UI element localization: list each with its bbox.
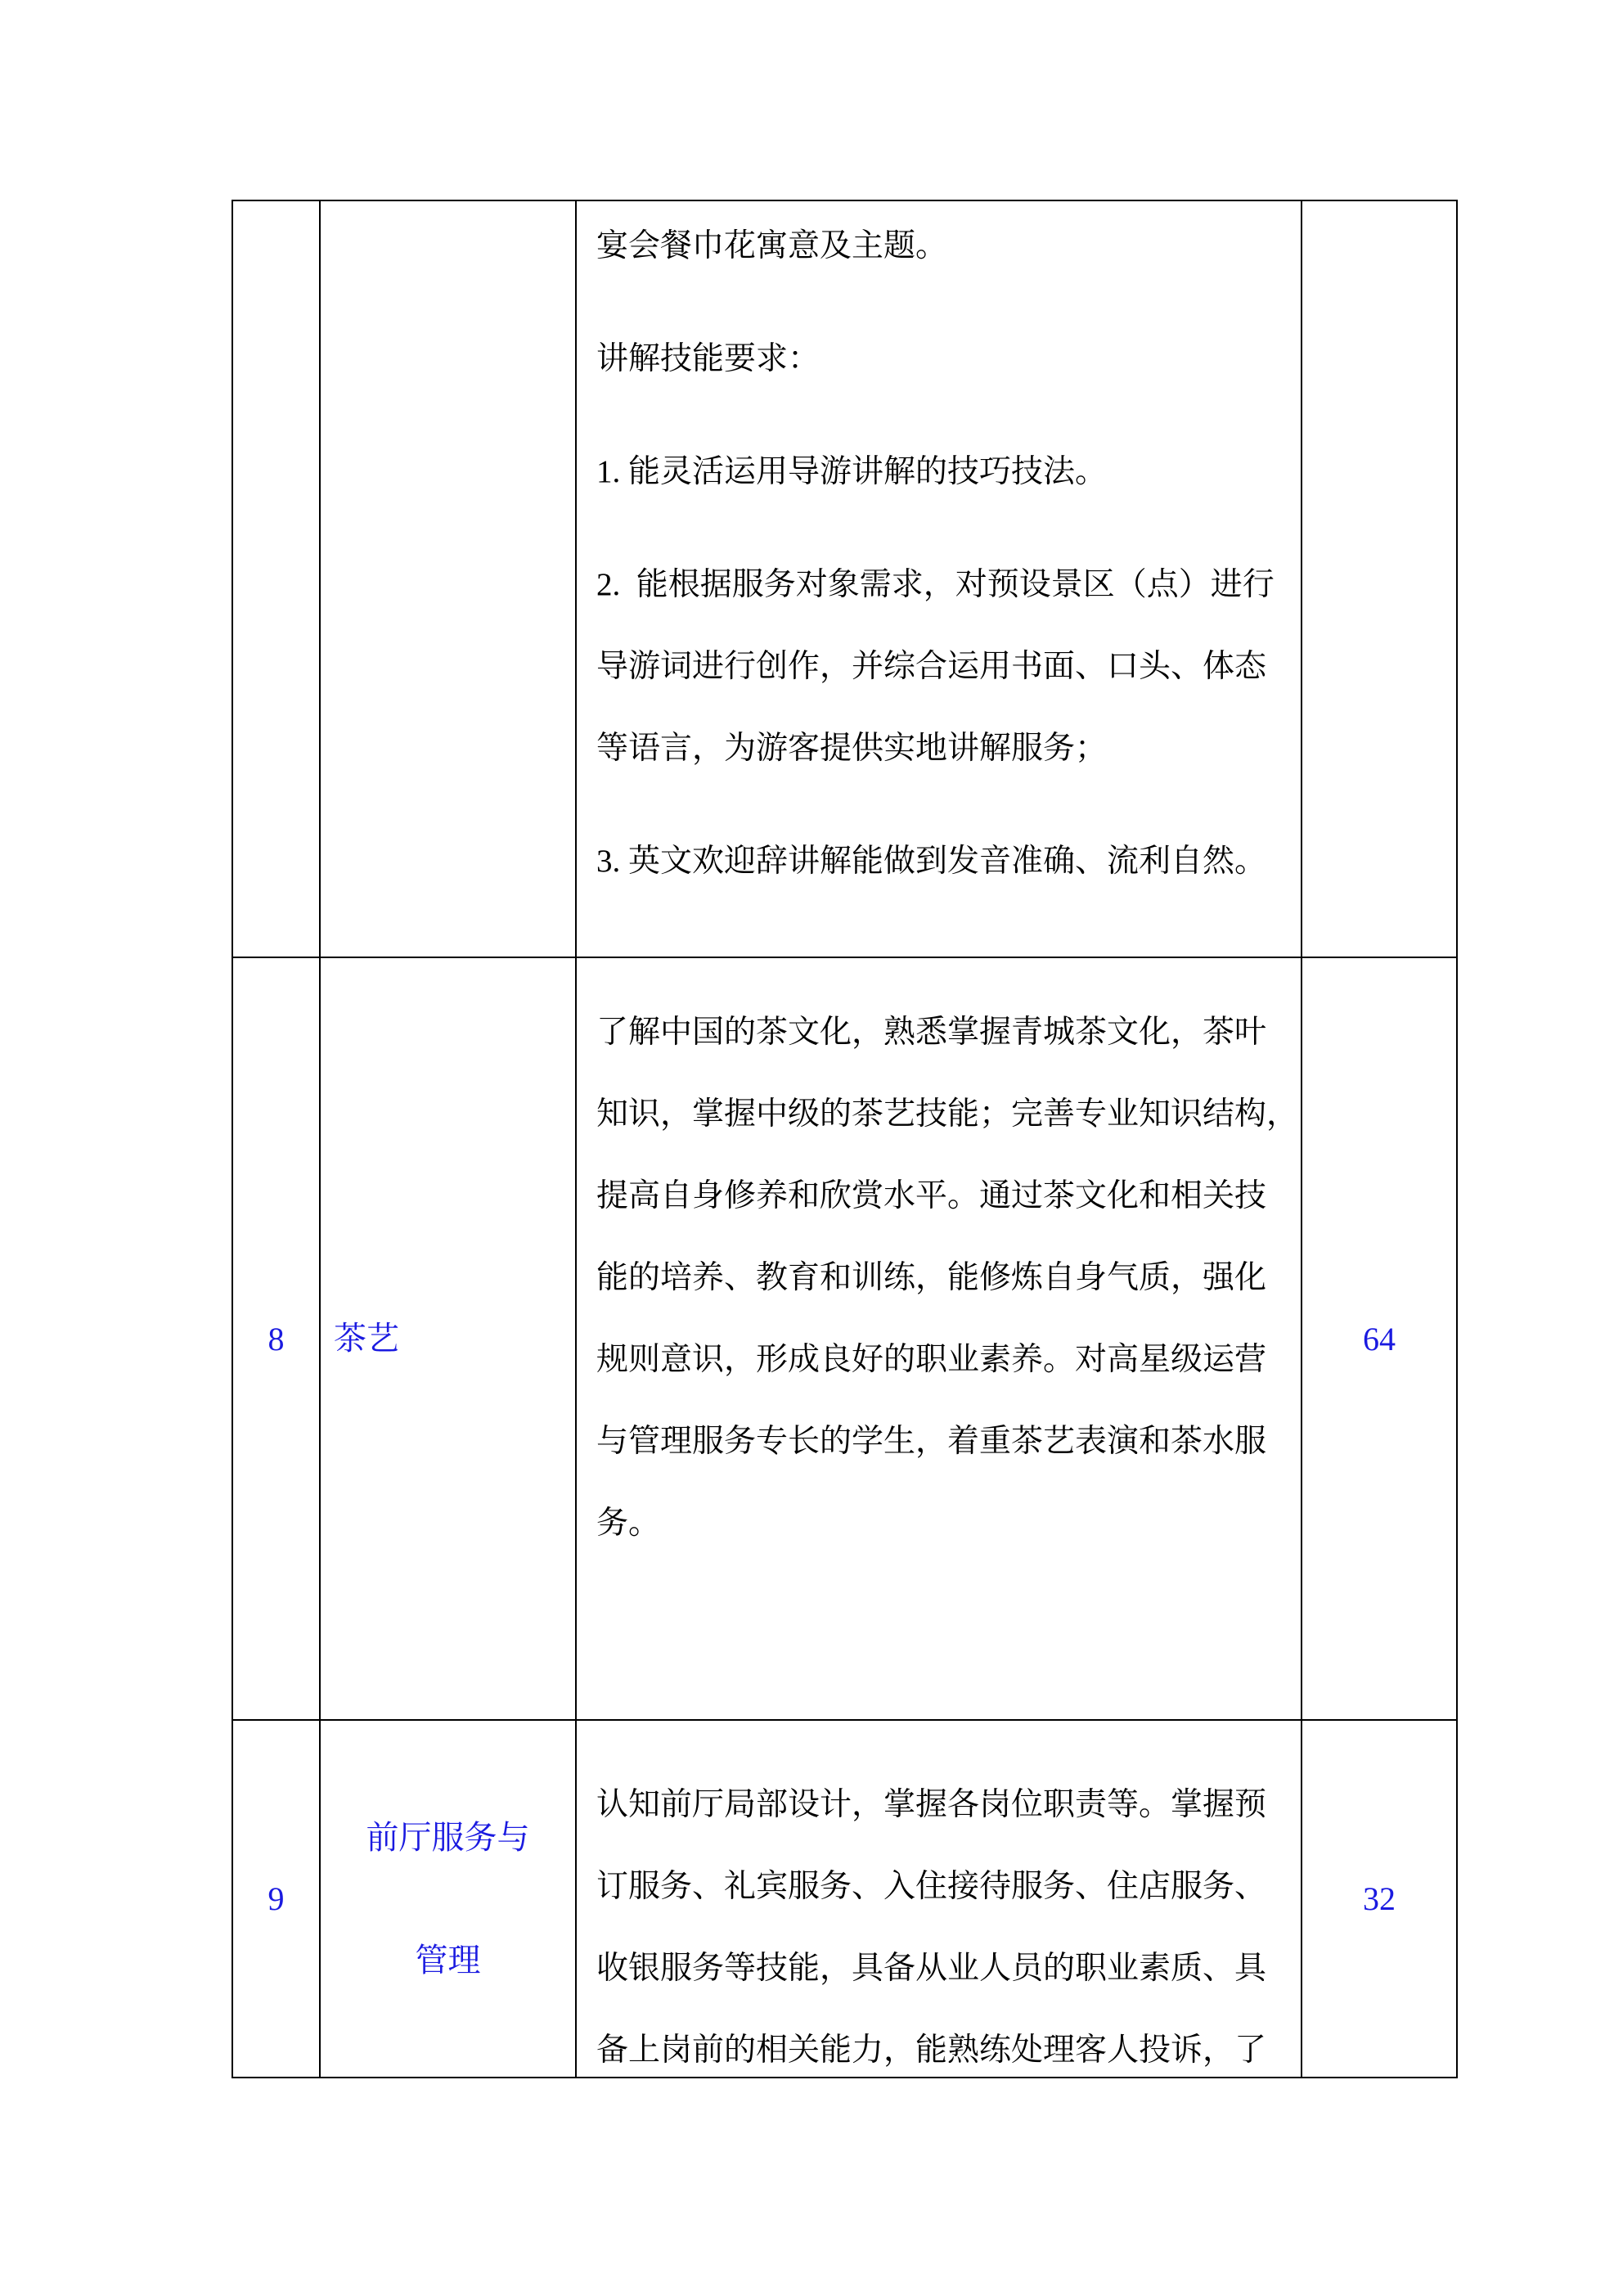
row-number-cell: [232, 200, 319, 957]
text-line: 能的培养、教育和训练，能修炼自身气质，强化: [596, 1237, 1291, 1319]
text-line: 提高自身修养和欣赏水平。通过茶文化和相关技: [596, 1155, 1291, 1237]
text-line: 讲解技能要求：: [596, 318, 1291, 400]
text-line: 备上岗前的相关能力，能熟练处理客人投诉，了: [596, 2010, 1291, 2078]
description-cell: 了解中国的茶文化，熟悉掌握青城茶文化，茶叶知识，掌握中级的茶艺技能；完善专业知识…: [575, 957, 1301, 1719]
text-line: 务。: [596, 1483, 1291, 1564]
row-number-cell: 9: [232, 1719, 319, 2078]
course-schedule-table: 宴会餐巾花寓意及主题。讲解技能要求：1. 能灵活运用导游讲解的技巧技法。2. 能…: [232, 200, 1458, 2078]
paragraph: 2. 能根据服务对象需求，对预设景区（点）进行导游词进行创作，并综合运用书面、口…: [596, 544, 1291, 790]
text-line: 3. 英文欢迎辞讲解能做到发音准确、流利自然。: [596, 821, 1291, 903]
description-cell: 认知前厅局部设计，掌握各岗位职责等。掌握预订服务、礼宾服务、入住接待服务、住店服…: [575, 1719, 1301, 2078]
paragraph: 宴会餐巾花寓意及主题。: [596, 205, 1291, 287]
paragraph: 认知前厅局部设计，掌握各岗位职责等。掌握预订服务、礼宾服务、入住接待服务、住店服…: [596, 1764, 1291, 2078]
hours-cell: [1301, 200, 1458, 957]
text-line: 订服务、礼宾服务、入住接待服务、住店服务、: [596, 1846, 1291, 1928]
document-page: 宴会餐巾花寓意及主题。讲解技能要求：1. 能灵活运用导游讲解的技巧技法。2. 能…: [0, 0, 1623, 2296]
text-line: 宴会餐巾花寓意及主题。: [596, 205, 1291, 287]
text-line: 前厅服务与: [366, 1776, 530, 1899]
paragraph: 讲解技能要求：: [596, 318, 1291, 400]
text-line: 规则意识，形成良好的职业素养。对高星级运营: [596, 1319, 1291, 1401]
text-line: 管理: [416, 1899, 481, 2022]
paragraph: 3. 英文欢迎辞讲解能做到发音准确、流利自然。: [596, 821, 1291, 903]
text-line: 2. 能根据服务对象需求，对预设景区（点）进行: [596, 544, 1291, 626]
row-number-cell: 8: [232, 957, 319, 1719]
text-line: 与管理服务专长的学生，着重茶艺表演和茶水服: [596, 1401, 1291, 1483]
text-line: 了解中国的茶文化，熟悉掌握青城茶文化，茶叶: [596, 992, 1291, 1074]
hours-cell: 64: [1301, 957, 1458, 1719]
text-line: 导游词进行创作，并综合运用书面、口头、体态: [596, 626, 1291, 708]
text-line: 收银服务等技能，具备从业人员的职业素质、具: [596, 1928, 1291, 2010]
hours-cell: 32: [1301, 1719, 1458, 2078]
paragraph: 1. 能灵活运用导游讲解的技巧技法。: [596, 431, 1291, 513]
text-line: 1. 能灵活运用导游讲解的技巧技法。: [596, 431, 1291, 513]
text-line: 等语言，为游客提供实地讲解服务；: [596, 708, 1291, 790]
course-name-cell: 茶艺: [319, 957, 575, 1719]
description-cell: 宴会餐巾花寓意及主题。讲解技能要求：1. 能灵活运用导游讲解的技巧技法。2. 能…: [575, 200, 1301, 957]
course-name-cell: [319, 200, 575, 957]
paragraph: 了解中国的茶文化，熟悉掌握青城茶文化，茶叶知识，掌握中级的茶艺技能；完善专业知识…: [596, 992, 1291, 1564]
text-line: 认知前厅局部设计，掌握各岗位职责等。掌握预: [596, 1764, 1291, 1846]
course-name-cell: 前厅服务与管理: [319, 1719, 575, 2078]
text-line: 茶艺: [334, 1277, 399, 1400]
text-line: 知识，掌握中级的茶艺技能；完善专业知识结构，: [596, 1074, 1291, 1155]
